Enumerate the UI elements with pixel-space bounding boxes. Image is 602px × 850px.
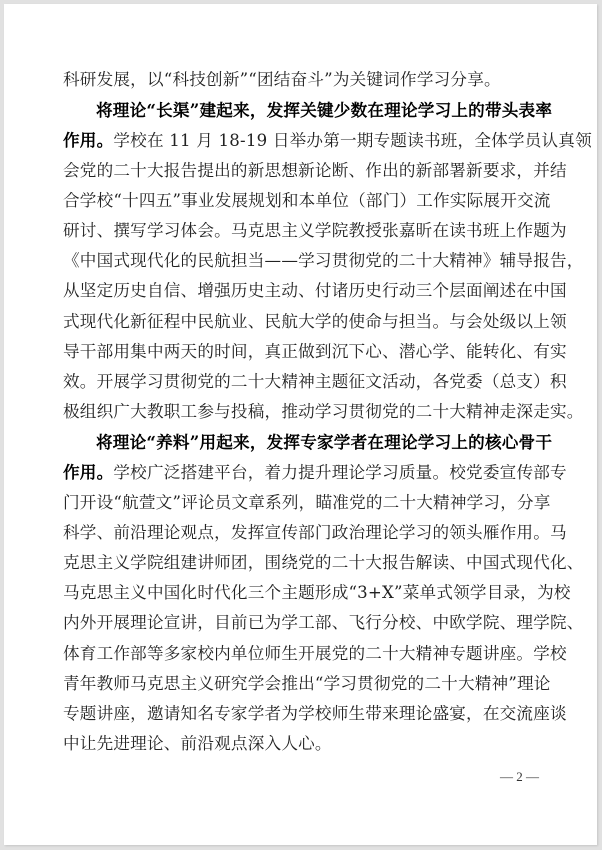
text-line: 式现代化新征程中民航业、民航大学的使命与担当。与会处级以上领 [63, 307, 477, 337]
paragraph-heading: 作用。 [63, 130, 113, 150]
paragraph-text: 从坚定历史自信、增强历史主动、付诸历史行动三个层面阐述在中国 [63, 281, 567, 300]
paragraph-text: 青年教师马克思主义研究学会推出“学习贯彻党的二十大精神”理论 [63, 674, 551, 693]
paragraph-text: 克思主义学院组建讲师团，围绕党的二十大报告解读、中国式现代化、 [63, 553, 584, 572]
paragraph-text: 门开设“航萱文”评论员文章系列，瞄准党的二十大精神学习，分享 [63, 493, 551, 512]
text-line: 青年教师马克思主义研究学会推出“学习贯彻党的二十大精神”理论 [63, 669, 477, 699]
document-body: 科研发展，以“科技创新”“团结奋斗”为关键词作学习分享。将理论“长渠”建起来，发… [63, 65, 477, 759]
paragraph-heading: 将理论“长渠”建起来，发挥关键少数在理论学习上的带头表率 [96, 100, 552, 120]
text-line: 中让先进理论、前沿观点深入人心。 [63, 729, 477, 759]
paragraph-text: 研讨、撰写学习体会。马克思主义学院教授张嘉昕在读书班上作题为 [63, 221, 567, 240]
paragraph-text: 科学、前沿理论观点，发挥宣传部门政治理论学习的领头雁作用。马 [63, 523, 567, 542]
page-number: — 2 — [500, 769, 539, 785]
text-line: 专题讲座，邀请知名专家学者为学校师生带来理论盛宴，在交流座谈 [63, 699, 477, 729]
text-line: 研讨、撰写学习体会。马克思主义学院教授张嘉昕在读书班上作题为 [63, 216, 477, 246]
paragraph-text: 会党的二十大报告提出的新思想新论断、作出的新部署新要求，并结 [63, 161, 567, 180]
text-line: 导干部用集中两天的时间，真正做到沉下心、潜心学、能转化、有实 [63, 337, 477, 367]
paragraph-heading: 将理论“养料”用起来，发挥专家学者在理论学习上的核心骨干 [96, 432, 552, 452]
text-line: 效。开展学习贯彻党的二十大精神主题征文活动，各党委（总支）积 [63, 367, 477, 397]
paragraph-heading: 作用。 [63, 462, 113, 482]
paragraph-text: 效。开展学习贯彻党的二十大精神主题征文活动，各党委（总支）积 [63, 372, 567, 391]
text-line: 科研发展，以“科技创新”“团结奋斗”为关键词作学习分享。 [63, 65, 477, 95]
paragraph-text: 式现代化新征程中民航业、民航大学的使命与担当。与会处级以上领 [63, 312, 567, 331]
paragraph-text: 马克思主义中国化时代化三个主题形成“3+X”菜单式领学目录，为校 [63, 583, 571, 602]
text-line: 作用。学校在 11 月 18-19 日举办第一期专题读书班，全体学员认真领 [63, 125, 477, 155]
text-line: 合学校“十四五”事业发展规划和本单位（部门）工作实际展开交流 [63, 186, 477, 216]
paragraph-text: 中让先进理论、前沿观点深入人心。 [63, 734, 332, 753]
document-page: 科研发展，以“科技创新”“团结奋斗”为关键词作学习分享。将理论“长渠”建起来，发… [4, 4, 597, 845]
paragraph-text: 《中国式现代化的民航担当——学习贯彻党的二十大精神》辅导报告， [63, 251, 584, 270]
text-line: 会党的二十大报告提出的新思想新论断、作出的新部署新要求，并结 [63, 156, 477, 186]
text-line: 马克思主义中国化时代化三个主题形成“3+X”菜单式领学目录，为校 [63, 578, 477, 608]
text-line: 将理论“养料”用起来，发挥专家学者在理论学习上的核心骨干 [63, 427, 477, 457]
paragraph-text: 体育工作部等多家校内单位师生开展党的二十大精神专题讲座。学校 [63, 644, 567, 663]
text-line: 体育工作部等多家校内单位师生开展党的二十大精神专题讲座。学校 [63, 639, 477, 669]
paragraph-text: 极组织广大教职工参与投稿，推动学习贯彻党的二十大精神走深走实。 [63, 402, 584, 421]
paragraph-text: 导干部用集中两天的时间，真正做到沉下心、潜心学、能转化、有实 [63, 342, 567, 361]
text-line: 从坚定历史自信、增强历史主动、付诸历史行动三个层面阐述在中国 [63, 276, 477, 306]
text-line: 将理论“长渠”建起来，发挥关键少数在理论学习上的带头表率 [63, 95, 477, 125]
paragraph-text: 内外开展理论宣讲，目前已为学工部、飞行分校、中欧学院、理学院、 [63, 613, 584, 632]
paragraph-text: 专题讲座，邀请知名专家学者为学校师生带来理论盛宴，在交流座谈 [63, 704, 567, 723]
text-line: 《中国式现代化的民航担当——学习贯彻党的二十大精神》辅导报告， [63, 246, 477, 276]
paragraph-text: 科研发展，以“科技创新”“团结奋斗”为关键词作学习分享。 [63, 70, 501, 89]
text-line: 科学、前沿理论观点，发挥宣传部门政治理论学习的领头雁作用。马 [63, 518, 477, 548]
text-line: 极组织广大教职工参与投稿，推动学习贯彻党的二十大精神走深走实。 [63, 397, 477, 427]
text-line: 内外开展理论宣讲，目前已为学工部、飞行分校、中欧学院、理学院、 [63, 608, 477, 638]
text-line: 作用。学校广泛搭建平台，着力提升理论学习质量。校党委宣传部专 [63, 457, 477, 487]
text-line: 克思主义学院组建讲师团，围绕党的二十大报告解读、中国式现代化、 [63, 548, 477, 578]
paragraph-text: 学校广泛搭建平台，着力提升理论学习质量。校党委宣传部专 [113, 463, 566, 482]
paragraph-text: 学校在 11 月 18-19 日举办第一期专题读书班，全体学员认真领 [113, 131, 592, 150]
text-line: 门开设“航萱文”评论员文章系列，瞄准党的二十大精神学习，分享 [63, 488, 477, 518]
paragraph-text: 合学校“十四五”事业发展规划和本单位（部门）工作实际展开交流 [63, 191, 551, 210]
